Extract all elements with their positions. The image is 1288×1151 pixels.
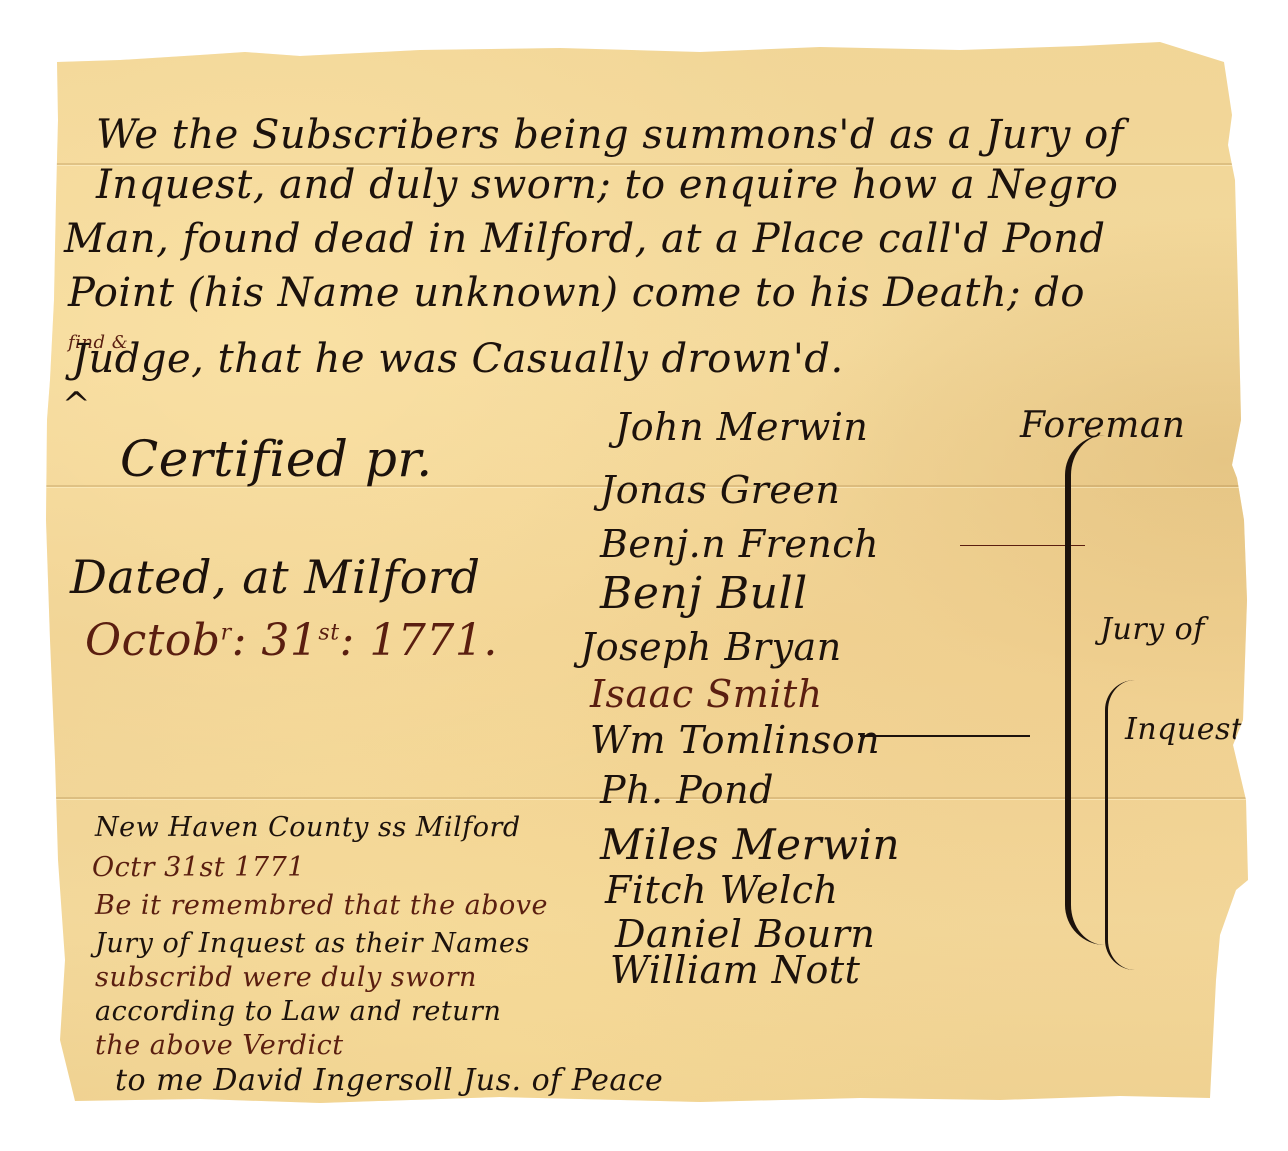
- justice-signature: to me David Ingersoll Jus. of Peace: [115, 1063, 663, 1098]
- verdict-line-2: Inquest, and duly sworn; to enquire how …: [96, 162, 1118, 208]
- cert-line-3: Be it remembred that the above: [95, 890, 548, 921]
- cert-line-4: Jury of Inquest as their Names: [95, 928, 530, 959]
- juror-name: Miles Merwin: [600, 820, 900, 869]
- flourish-line: [860, 735, 1030, 737]
- jury-of-label: Jury of: [1100, 612, 1205, 647]
- juror-name: Ph. Pond: [600, 768, 774, 812]
- juror-name: Wm Tomlinson: [590, 718, 880, 762]
- verdict-line-3: Man, found dead in Milford, at a Place c…: [64, 216, 1105, 262]
- inquest-label: Inquest: [1125, 712, 1243, 747]
- juror-name: Benj Bull: [600, 568, 808, 619]
- certified-label: Certified pr.: [120, 430, 433, 488]
- verdict-line-4: Point (his Name unknown) come to his Dea…: [68, 270, 1085, 316]
- cert-line-7: the above Verdict: [95, 1030, 344, 1061]
- verdict-line-1: We the Subscribers being summons'd as a …: [96, 112, 1124, 158]
- juror-name: Jonas Green: [600, 468, 840, 512]
- cert-line-1: New Haven County ss Milford: [95, 812, 521, 843]
- juror-name: Joseph Bryan: [580, 625, 842, 669]
- dated-at-label: Dated, at Milford: [70, 550, 480, 604]
- cert-line-6: according to Law and return: [95, 996, 501, 1027]
- cert-line-2: Octr 31st 1771: [92, 852, 305, 883]
- manuscript-paper: We the Subscribers being summons'd as a …: [0, 0, 1288, 1151]
- attestation-date: Octobr: 31st: 1771.: [85, 615, 498, 666]
- juror-name: Benj.n French: [600, 522, 879, 566]
- insertion-caret: ^: [62, 385, 91, 425]
- date-day-sup: st: [318, 620, 339, 645]
- date-day: 31: [261, 615, 318, 666]
- juror-name: Fitch Welch: [605, 868, 838, 912]
- juror-name: William Nott: [610, 948, 860, 992]
- cert-line-5: subscribd were duly sworn: [95, 962, 477, 993]
- juror-name: Isaac Smith: [590, 672, 823, 716]
- date-month: Octob: [85, 615, 221, 666]
- verdict-line-5: Judge, that he was Casually drown'd.: [72, 336, 844, 382]
- date-month-sup: r: [221, 620, 232, 645]
- juror-foreman: John Merwin: [615, 405, 868, 449]
- date-year: 1771.: [369, 615, 497, 666]
